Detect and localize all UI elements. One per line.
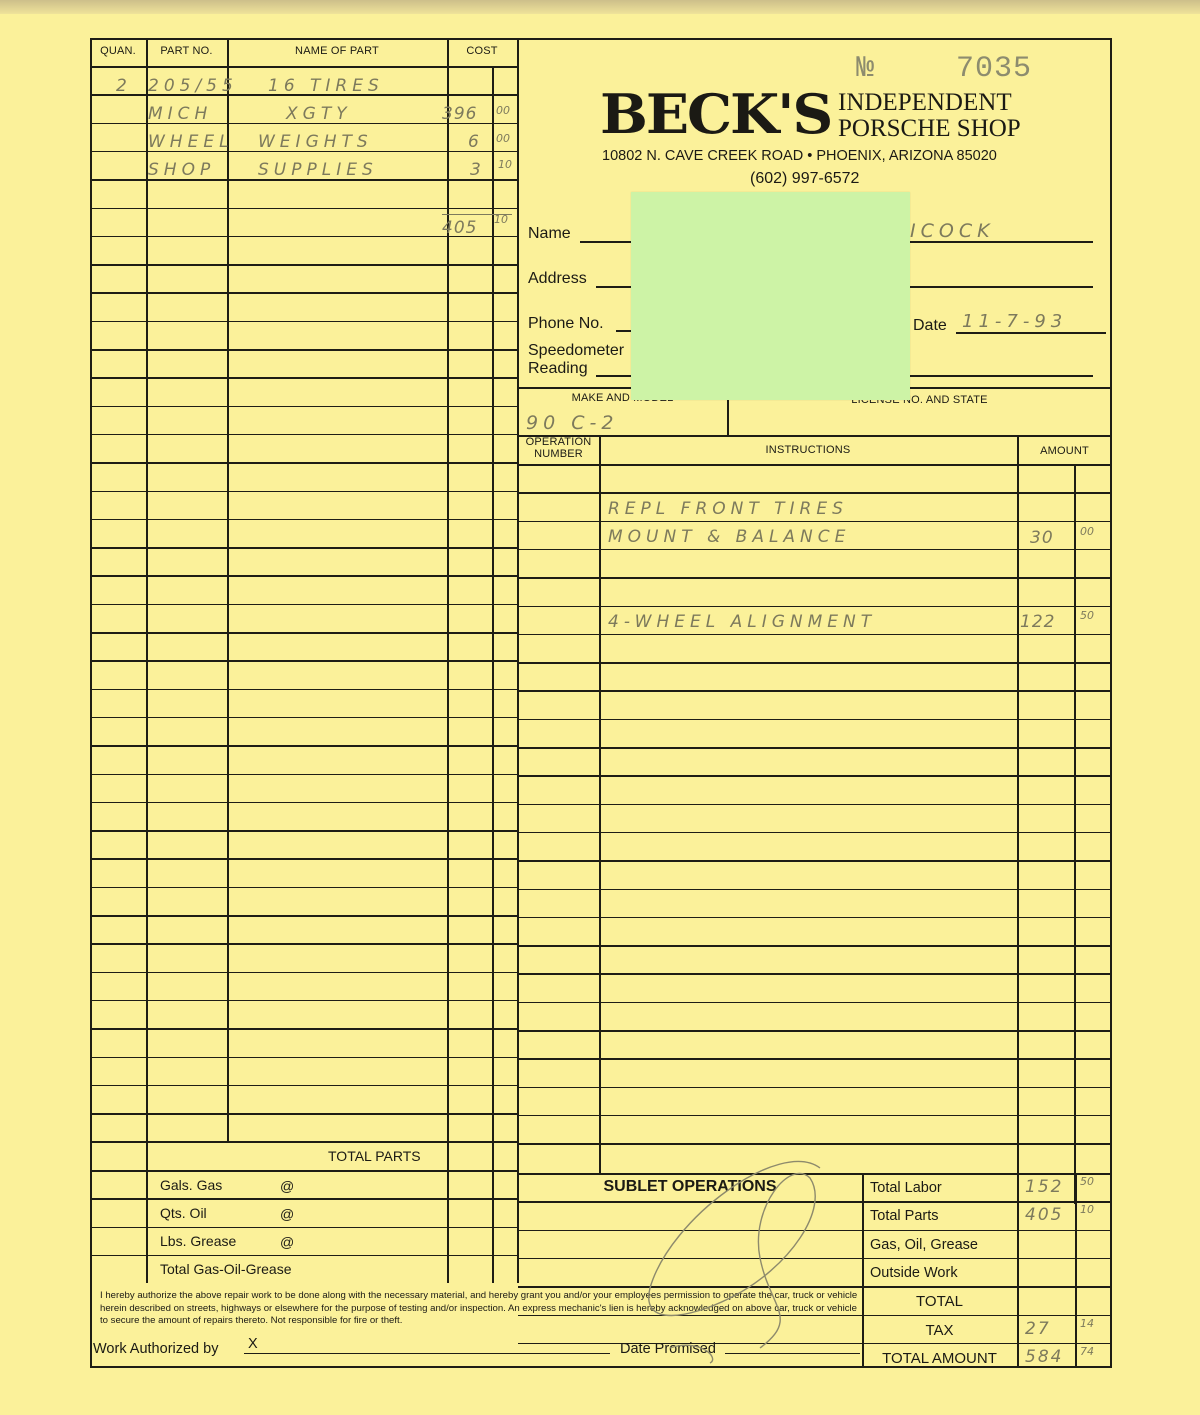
reading-label: Reading <box>528 360 588 378</box>
row-name: 16 TIRES <box>268 76 384 96</box>
header-quan: QUAN. <box>90 45 146 57</box>
totals-label: Total Labor <box>870 1180 942 1196</box>
totals-label: TOTAL <box>862 1293 1017 1310</box>
row-part-no: 205/55 <box>148 76 238 96</box>
instruction-text: REPL FRONT TIRES <box>608 499 848 519</box>
totals-cents: 10 <box>1080 1203 1094 1216</box>
repair-order-form: QUAN. PART NO. NAME OF PART COST 2 205/5… <box>90 38 1112 1368</box>
row-name: WEIGHTS <box>258 132 373 152</box>
row-cents: 00 <box>496 104 510 117</box>
signature-field[interactable] <box>244 1353 610 1354</box>
at-symbol: @ <box>280 1178 294 1194</box>
total-parts-label: TOTAL PARTS <box>328 1148 421 1164</box>
date-value: 11-7-93 <box>962 311 1067 332</box>
totals-cents: 74 <box>1080 1345 1094 1358</box>
totals-label: Outside Work <box>870 1265 958 1281</box>
parts-subtotal: 405 <box>442 218 477 238</box>
row-cents: 00 <box>496 132 510 145</box>
totals-amount: 152 <box>1025 1177 1063 1197</box>
sticky-note-redaction <box>631 192 910 400</box>
make-model-value: 90 C-2 <box>526 412 618 434</box>
fluid-grease-label: Lbs. Grease <box>160 1233 236 1249</box>
name-value: ICOCK <box>910 220 995 242</box>
totals-cents: 14 <box>1080 1317 1094 1330</box>
paper-torn-edge <box>0 0 1200 14</box>
instructions-table: OPERATION NUMBER INSTRUCTIONS AMOUNT REP… <box>518 435 1112 1175</box>
totals-label: TAX <box>862 1322 1017 1339</box>
fluid-gas-label: Gals. Gas <box>160 1177 222 1193</box>
row-part-no: WHEEL <box>148 132 234 152</box>
shop-address: 10802 N. CAVE CREEK ROAD • PHOENIX, ARIZ… <box>602 148 997 164</box>
parts-subtotal-cents: 10 <box>494 213 508 226</box>
row-cost: 396 <box>442 104 477 124</box>
totals-label: TOTAL AMOUNT <box>862 1350 1017 1367</box>
row-name: SUPPLIES <box>258 160 378 180</box>
brand-logo: BECK'S <box>600 82 831 146</box>
work-authorized-label: Work Authorized by <box>93 1341 218 1357</box>
row-cost: 3 <box>470 160 486 180</box>
header-amount: AMOUNT <box>1017 445 1112 457</box>
totals-label: Total Parts <box>870 1208 939 1224</box>
row-part-no: SHOP <box>148 160 215 180</box>
instruction-amount: 30 <box>1030 528 1054 548</box>
instruction-text: 4-WHEEL ALIGNMENT <box>608 612 876 632</box>
shop-phone: (602) 997-6572 <box>750 170 859 188</box>
totals-amount: 584 <box>1025 1347 1063 1367</box>
row-name: XGTY <box>286 104 352 124</box>
header-number: NUMBER <box>518 448 599 460</box>
brand-tagline-2: PORSCHE SHOP <box>838 116 1021 142</box>
address-label: Address <box>528 270 587 288</box>
at-symbol: @ <box>280 1206 294 1222</box>
pencil-scribble-icon <box>610 1148 870 1368</box>
speedometer-label: Speedometer <box>528 342 624 360</box>
header-name-of-part: NAME OF PART <box>227 45 447 57</box>
header-cost: COST <box>447 45 517 57</box>
row-part-no: MICH <box>148 104 212 124</box>
instruction-cents: 50 <box>1080 609 1094 622</box>
totals-amount: 405 <box>1025 1205 1063 1225</box>
row-quan: 2 <box>116 76 132 96</box>
total-gas-oil-grease-label: Total Gas-Oil-Grease <box>160 1261 291 1277</box>
at-symbol: @ <box>280 1234 294 1250</box>
phone-label: Phone No. <box>528 315 604 333</box>
instruction-text: MOUNT & BALANCE <box>608 527 850 547</box>
totals-amount: 27 <box>1025 1319 1051 1339</box>
header-part-no: PART NO. <box>146 45 227 57</box>
totals-cents: 50 <box>1080 1175 1094 1188</box>
name-label: Name <box>528 225 571 243</box>
form-number: 7035 <box>956 52 1032 86</box>
header-instructions: INSTRUCTIONS <box>599 444 1017 456</box>
fluid-oil-label: Qts. Oil <box>160 1205 207 1221</box>
date-label: Date <box>913 317 947 335</box>
parts-table: QUAN. PART NO. NAME OF PART COST 2 205/5… <box>90 38 518 1283</box>
date-field[interactable] <box>956 332 1106 334</box>
totals-label: Gas, Oil, Grease <box>870 1237 978 1253</box>
work-authorized-value: X <box>248 1336 258 1352</box>
header-operation: OPERATION <box>518 436 599 448</box>
row-cost: 6 <box>468 132 484 152</box>
instruction-cents: 00 <box>1080 525 1094 538</box>
instruction-amount: 122 <box>1020 612 1055 632</box>
brand-tagline-1: INDEPENDENT <box>838 90 1012 116</box>
row-cents: 10 <box>498 158 512 171</box>
form-number-label: № <box>856 52 876 86</box>
